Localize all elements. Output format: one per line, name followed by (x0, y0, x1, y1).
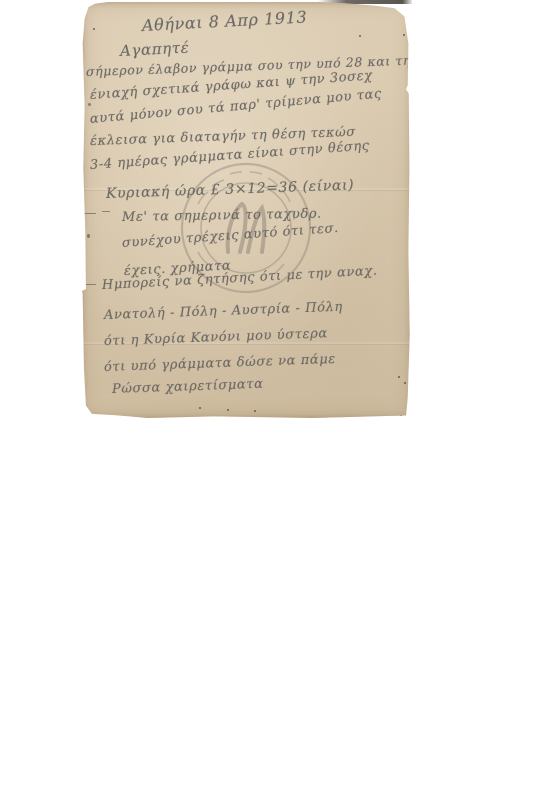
dash-mark (82, 213, 96, 214)
paper-speck (400, 415, 402, 417)
paper-speck (227, 409, 229, 411)
paper-speck (359, 35, 361, 37)
letter-date-line: Αθήναι 8 Απρ 1913 (142, 7, 308, 35)
paper-speck (93, 28, 95, 30)
paper-speck (88, 103, 91, 106)
paper-speck (404, 382, 406, 384)
page-canvas: Αθήναι 8 Απρ 1913 Αγαπητέ σήμερον έλαβον… (0, 0, 549, 800)
paper-speck (199, 407, 201, 409)
paper-speck (403, 34, 405, 36)
letter-text-line: Ρώσσα χαιρετίσματα (112, 377, 264, 397)
letter-text-line: συνέχου τρέχεις αυτό ότι τεσ. (121, 221, 339, 251)
letter-text-line: Ανατολή - Πόλη - Αυστρία - Πόλη (104, 300, 343, 323)
dash-mark (84, 284, 96, 285)
paper-speck (254, 410, 256, 412)
letter-salutation: Αγαπητέ (120, 38, 190, 60)
letter-text-line: Με' τα σημερινά το ταχυδρ. (122, 207, 322, 225)
paper-speck (87, 234, 90, 238)
dash-mark (102, 211, 110, 212)
paper-speck (398, 376, 400, 378)
scanned-letter-paper: Αθήναι 8 Απρ 1913 Αγαπητέ σήμερον έλαβον… (82, 2, 411, 418)
letter-text-line: ότι υπό γράμματα δώσε να πάμε (104, 352, 336, 375)
letter-text-line: Κυριακή ώρα £ 3×12=36 (είναι) (106, 177, 355, 202)
letter-text-line: ότι η Κυρία Κανόνι μου ύστερα (104, 326, 328, 349)
